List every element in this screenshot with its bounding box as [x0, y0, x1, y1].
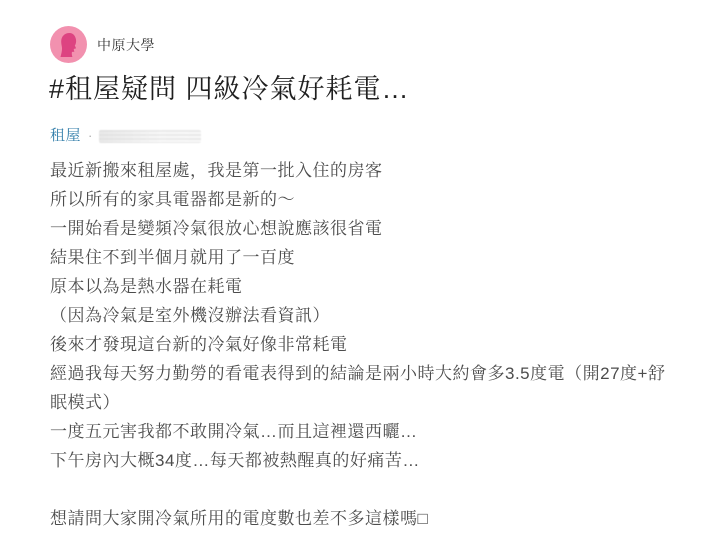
post-meta: 租屋 ·	[50, 127, 201, 145]
post-title: #租屋疑問 四級冷氣好耗電…	[49, 70, 410, 108]
redacted-meta-text	[99, 130, 201, 143]
post-body: 最近新搬來租屋處，我是第一批入住的房客 所以所有的家具電器都是新的～ 一開始看是…	[50, 156, 675, 533]
post-page: 中原大學 #租屋疑問 四級冷氣好耗電… 租屋 · 最近新搬來租屋處，我是第一批入…	[0, 0, 707, 536]
author-name: 中原大學	[97, 35, 155, 55]
author-row[interactable]: 中原大學	[50, 26, 155, 63]
avatar[interactable]	[50, 26, 87, 63]
meta-separator: ·	[88, 127, 92, 145]
forum-link[interactable]: 租屋	[50, 127, 81, 145]
person-silhouette-icon	[50, 26, 87, 63]
